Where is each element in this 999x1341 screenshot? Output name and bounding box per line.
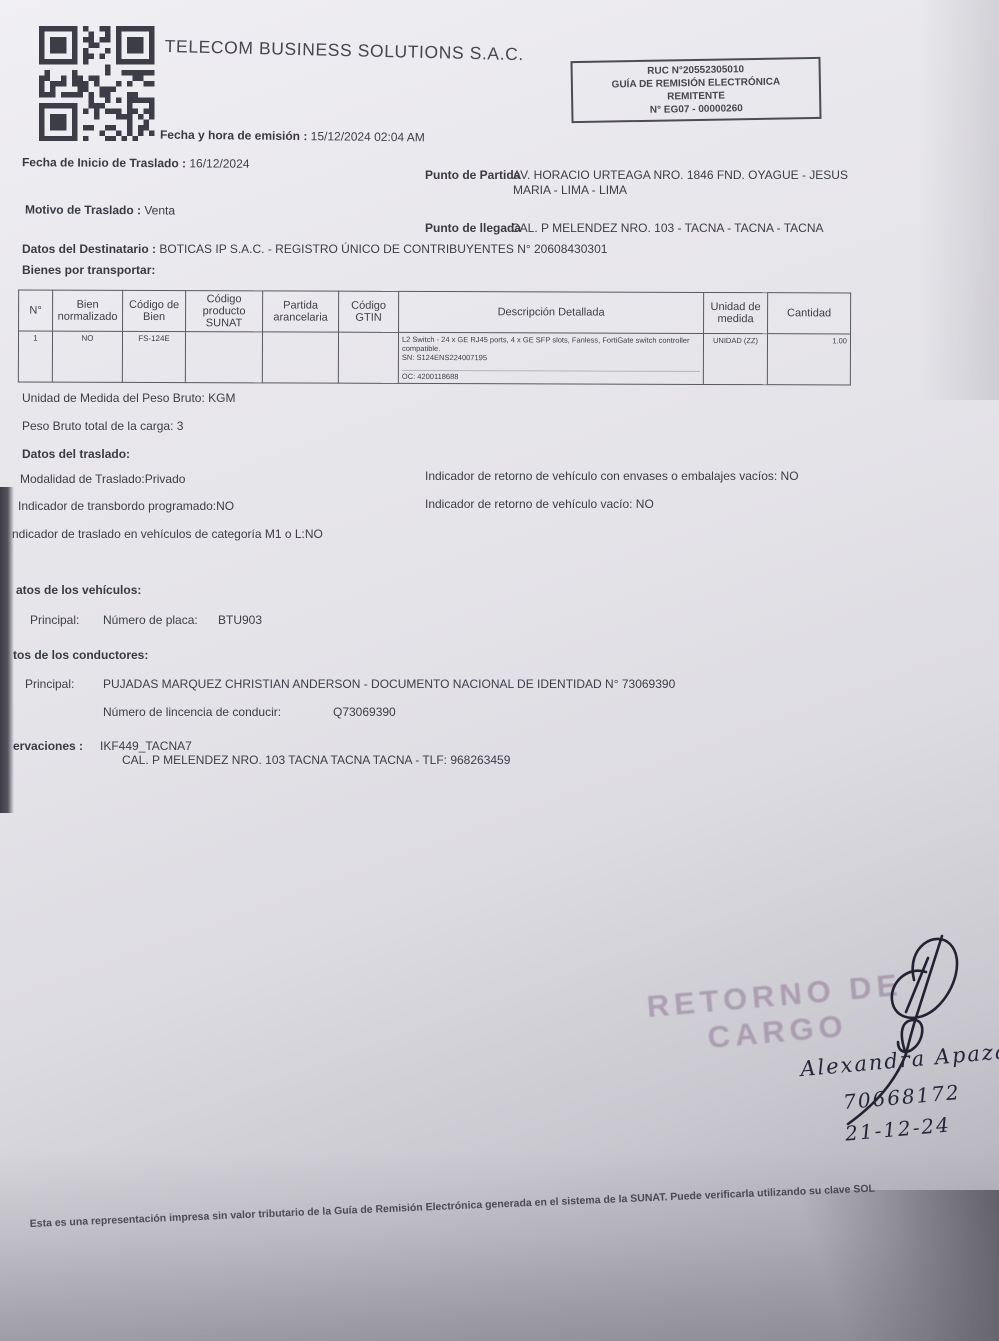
qr-code-icon: [36, 24, 158, 141]
emission-date-line: Fecha y hora de emisión : 15/12/2024 02:…: [160, 128, 425, 145]
order-number: OC: 4200118688: [402, 370, 700, 382]
document-page: TELECOM BUSINESS SOLUTIONS S.A.C. RUC N°…: [0, 0, 999, 1341]
start-date-value: 16/12/2024: [189, 156, 249, 170]
weight-total-line: Peso Bruto total de la carga: 3: [22, 419, 183, 433]
driver-name-dni: PUJADAS MARQUEZ CHRISTIAN ANDERSON - DOC…: [103, 677, 675, 691]
start-date-line: Fecha de Inicio de Traslado : 16/12/2024: [22, 155, 250, 171]
driver-principal-label: Principal:: [25, 677, 74, 691]
transfer-mode-line: Modalidad de Traslado:Privado: [20, 472, 185, 486]
description-text: L2 Switch - 24 x GE RJ45 ports, 4 x GE S…: [402, 335, 700, 354]
start-date-label: Fecha de Inicio de Traslado :: [22, 155, 186, 170]
license-label: Número de lincencia de conducir:: [103, 705, 281, 719]
cell-partida: [262, 332, 338, 383]
drivers-section-title: tos de los conductores:: [13, 648, 148, 662]
plate-label: Número de placa:: [103, 613, 198, 627]
plate-value: BTU903: [218, 613, 262, 627]
destination-value: CAL. P MELENDEZ NRO. 103 - TACNA - TACNA…: [511, 221, 824, 235]
transfer-section-title: Datos del traslado:: [22, 447, 130, 461]
license-value: Q73069390: [333, 705, 396, 719]
observations-line2: CAL. P MELENDEZ NRO. 103 TACNA TACNA TAC…: [122, 753, 510, 767]
reason-value: Venta: [144, 203, 175, 217]
cell-descripcion: L2 Switch - 24 x GE RJ45 ports, 4 x GE S…: [398, 332, 703, 384]
origin-value: AV. HORACIO URTEAGA NRO. 1846 FND. OYAGU…: [513, 168, 875, 198]
col-descripcion: Descripción Detallada: [399, 291, 704, 333]
bottom-shading: [0, 1150, 999, 1341]
footer-disclaimer: Esta es una representación impresa sin v…: [29, 1183, 875, 1230]
cell-bien-normalizado: NO: [52, 331, 122, 382]
empty-vehicle-line: Indicador de retorno de vehículo vacío: …: [425, 497, 654, 511]
empty-containers-line: Indicador de retorno de vehículo con env…: [425, 469, 799, 483]
weight-unit-line: Unidad de Medida del Peso Bruto: KGM: [22, 391, 235, 405]
observations-line1: IKF449_TACNA7: [100, 739, 192, 753]
col-gtin: Código GTIN: [339, 291, 399, 332]
cell-codigo-sunat: [185, 332, 262, 383]
serial-number: SN: S124ENS224007195: [402, 353, 700, 363]
right-edge-shading: [919, 0, 999, 400]
vehicles-section-title: atos de los vehículos:: [16, 583, 141, 597]
goods-section-label: Bienes por transportar:: [22, 263, 155, 277]
company-title: TELECOM BUSINESS SOLUTIONS S.A.C.: [165, 36, 525, 65]
reason-label: Motivo de Traslado :: [25, 202, 141, 217]
col-bien-normalizado: Bien normalizado: [53, 290, 123, 331]
recipient-label: Datos del Destinatario :: [22, 242, 156, 256]
paper-left-edge-shadow: [0, 487, 14, 813]
reason-line: Motivo de Traslado : Venta: [25, 202, 175, 217]
goods-table: N° Bien normalizado Código de Bien Códig…: [18, 290, 851, 386]
observations-label: ervaciones :: [13, 739, 83, 753]
origin-label: Punto de Partida: [425, 168, 520, 182]
recipient-value: BOTICAS IP S.A.C. - REGISTRO ÚNICO DE CO…: [159, 242, 607, 256]
corner-shadow: [739, 1190, 999, 1341]
col-codigo-bien: Código de Bien: [123, 290, 186, 331]
ruc-document-box: RUC N°20552305010 GUÍA DE REMISIÓN ELECT…: [570, 57, 821, 123]
cell-cantidad: 1.00: [767, 334, 850, 385]
vehicle-principal-label: Principal:: [30, 613, 79, 627]
transshipment-line: Indicador de transbordo programado:NO: [18, 499, 234, 513]
cell-unidad: UNIDAD (ZZ): [703, 333, 767, 384]
col-cantidad: Cantidad: [768, 293, 851, 334]
emission-label: Fecha y hora de emisión :: [160, 128, 308, 144]
table-row: 1 NO FS-124E L2 Switch - 24 x GE RJ45 po…: [18, 331, 850, 385]
goods-table-header-row: N° Bien normalizado Código de Bien Códig…: [19, 290, 851, 334]
destination-label: Punto de llegada: [425, 221, 521, 235]
col-n: N°: [19, 290, 53, 331]
col-codigo-sunat: Código producto SUNAT: [186, 291, 263, 332]
cell-gtin: [338, 332, 398, 383]
col-unidad: Unidad de medida: [704, 292, 768, 333]
vehicle-category-line: ndicador de traslado en vehículos de cat…: [12, 527, 323, 541]
cell-codigo-bien: FS-124E: [122, 331, 185, 382]
recipient-line: Datos del Destinatario : BOTICAS IP S.A.…: [22, 242, 607, 256]
emission-value: 15/12/2024 02:04 AM: [311, 129, 425, 144]
cell-n: 1: [18, 331, 52, 382]
col-partida: Partida arancelaria: [263, 291, 339, 332]
